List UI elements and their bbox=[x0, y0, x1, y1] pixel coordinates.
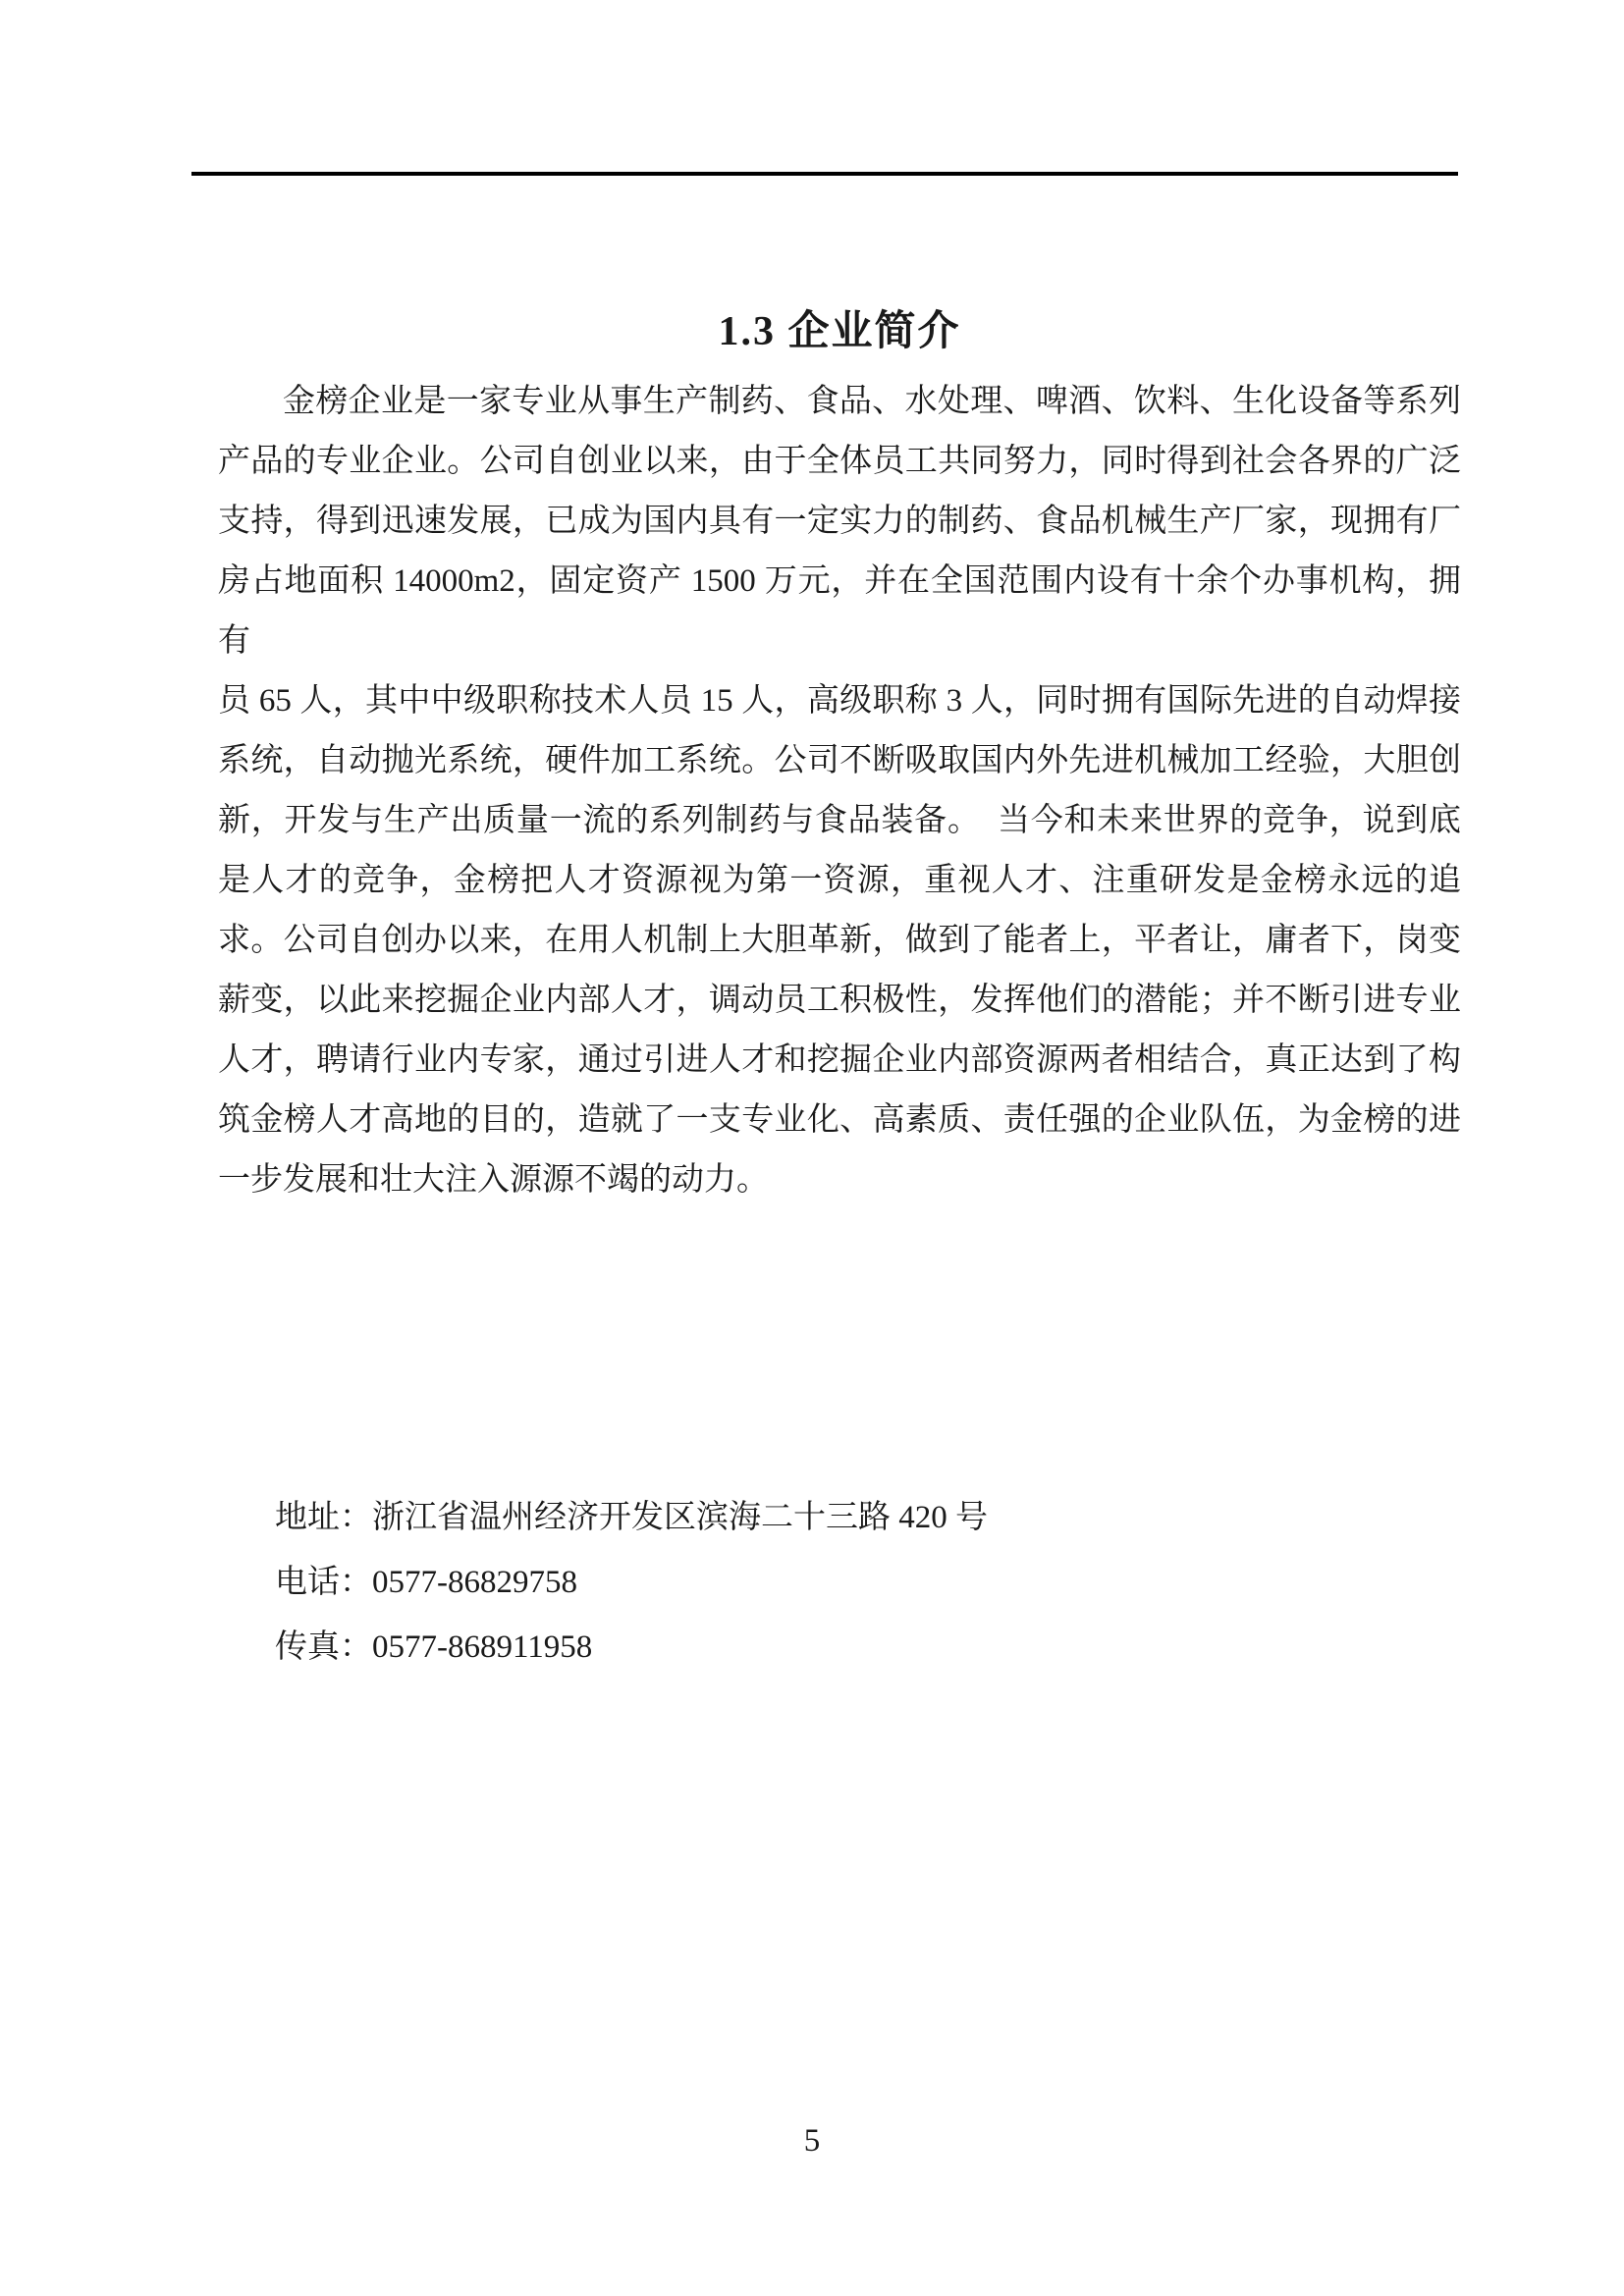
paragraph-line: 系统，自动抛光系统，硬件加工系统。公司不断吸取国内外先进机械加工经验，大胆创 bbox=[218, 731, 1461, 791]
header-rule bbox=[191, 172, 1458, 176]
paragraph-line: 薪变，以此来挖掘企业内部人才，调动员工积极性，发挥他们的潜能；并不断引进专业 bbox=[218, 971, 1461, 1031]
contact-block: 地址：浙江省温州经济开发区滨海二十三路 420 号 电话：0577-868297… bbox=[275, 1485, 988, 1680]
document-page: 1.3 企业简介 金榜企业是一家专业从事生产制药、食品、水处理、啤酒、饮料、生化… bbox=[0, 0, 1624, 2296]
paragraph-line: 新，开发与生产出质量一流的系列制药与食品装备。 当今和未来世界的竞争，说到底 bbox=[218, 791, 1461, 851]
paragraph-line: 人才，聘请行业内专家，通过引进人才和挖掘企业内部资源两者相结合，真正达到了构 bbox=[218, 1031, 1461, 1091]
paragraph-line: 一步发展和壮大注入源源不竭的动力。 bbox=[218, 1150, 1461, 1210]
fax-line: 传真：0577-868911958 bbox=[275, 1615, 988, 1680]
paragraph-line: 是人才的竞争，金榜把人才资源视为第一资源，重视人才、注重研发是金榜永远的追 bbox=[218, 851, 1461, 911]
paragraph-line: 产品的专业企业。公司自创业以来，由于全体员工共同努力，同时得到社会各界的广泛 bbox=[218, 432, 1461, 492]
paragraph-line: 房占地面积 14000m2，固定资产 1500 万元，并在全国范围内设有十余个办… bbox=[218, 552, 1461, 671]
page-number: 5 bbox=[0, 2123, 1624, 2160]
section-title: 1.3 企业简介 bbox=[218, 308, 1461, 355]
paragraph-line: 金榜企业是一家专业从事生产制药、食品、水处理、啤酒、饮料、生化设备等系列 bbox=[218, 372, 1461, 432]
paragraph-line: 筑金榜人才高地的目的，造就了一支专业化、高素质、责任强的企业队伍，为金榜的进 bbox=[218, 1091, 1461, 1150]
paragraph-line: 求。公司自创办以来，在用人机制上大胆革新，做到了能者上，平者让，庸者下，岗变 bbox=[218, 911, 1461, 971]
paragraph-line: 支持，得到迅速发展，已成为国内具有一定实力的制药、食品机械生产厂家，现拥有厂 bbox=[218, 492, 1461, 552]
address-line: 地址：浙江省温州经济开发区滨海二十三路 420 号 bbox=[275, 1485, 988, 1550]
phone-line: 电话：0577-86829758 bbox=[275, 1550, 988, 1615]
company-intro-paragraph: 金榜企业是一家专业从事生产制药、食品、水处理、啤酒、饮料、生化设备等系列产品的专… bbox=[218, 372, 1461, 1210]
paragraph-line: 员 65 人，其中中级职称技术人员 15 人，高级职称 3 人，同时拥有国际先进… bbox=[218, 671, 1461, 731]
